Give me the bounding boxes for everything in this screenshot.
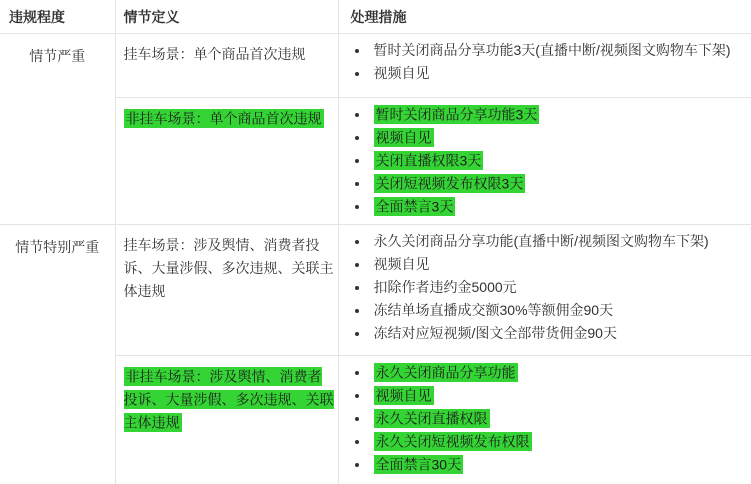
table-body: 情节严重挂车场景：单个商品首次违规暂时关闭商品分享功能3天(直播中断/视频图文购…	[0, 34, 751, 484]
measure-text: 全面禁言30天	[374, 455, 464, 474]
measures-list: 暂时关闭商品分享功能3天(直播中断/视频图文购物车下架)视频自见	[339, 39, 742, 85]
measure-text: 扣除作者违约金5000元	[374, 279, 517, 295]
severity-cell: 情节严重	[0, 34, 115, 225]
measure-text: 永久关闭商品分享功能	[374, 363, 518, 382]
measure-text: 全面禁言3天	[374, 197, 456, 216]
measure-item: 视频自见	[339, 126, 742, 149]
measure-text: 永久关闭短视频发布权限	[374, 432, 532, 451]
measure-item: 关闭直播权限3天	[339, 149, 742, 172]
measure-text: 关闭短视频发布权限3天	[374, 174, 526, 193]
measures-cell: 暂时关闭商品分享功能3天视频自见关闭直播权限3天关闭短视频发布权限3天全面禁言3…	[338, 98, 751, 225]
definition-cell: 挂车场景：涉及舆情、消费者投诉、大量涉假、多次违规、关联主体违规	[115, 225, 338, 356]
violation-rules-table: 违规程度 情节定义 处理措施 情节严重挂车场景：单个商品首次违规暂时关闭商品分享…	[0, 0, 751, 484]
measure-text: 视频自见	[374, 256, 430, 272]
definition-text: 非挂车场景：单个商品首次违规	[124, 109, 324, 128]
measure-item: 视频自见	[339, 384, 742, 407]
measure-item: 永久关闭商品分享功能(直播中断/视频图文购物车下架)	[339, 230, 742, 253]
definition-cell: 非挂车场景：单个商品首次违规	[115, 98, 338, 225]
measure-text: 视频自见	[374, 128, 434, 147]
measure-item: 全面禁言3天	[339, 195, 742, 218]
measure-item: 冻结对应短视频/图文全部带货佣金90天	[339, 322, 742, 345]
measure-item: 关闭短视频发布权限3天	[339, 172, 742, 195]
measures-list: 暂时关闭商品分享功能3天视频自见关闭直播权限3天关闭短视频发布权限3天全面禁言3…	[339, 103, 742, 218]
definition-text: 挂车场景：涉及舆情、消费者投诉、大量涉假、多次违规、关联主体违规	[124, 237, 334, 299]
measure-text: 暂时关闭商品分享功能3天	[374, 105, 540, 124]
measure-text: 永久关闭直播权限	[374, 409, 490, 428]
header-handling-measures: 处理措施	[338, 0, 751, 34]
measure-item: 永久关闭商品分享功能	[339, 361, 742, 384]
severity-cell: 情节特别严重	[0, 225, 115, 484]
measures-cell: 暂时关闭商品分享功能3天(直播中断/视频图文购物车下架)视频自见	[338, 34, 751, 98]
table-row: 情节特别严重挂车场景：涉及舆情、消费者投诉、大量涉假、多次违规、关联主体违规永久…	[0, 225, 751, 356]
measures-list: 永久关闭商品分享功能视频自见永久关闭直播权限永久关闭短视频发布权限全面禁言30天	[339, 361, 742, 476]
measures-list: 永久关闭商品分享功能(直播中断/视频图文购物车下架)视频自见扣除作者违约金500…	[339, 230, 742, 345]
measure-text: 暂时关闭商品分享功能3天(直播中断/视频图文购物车下架)	[374, 42, 731, 58]
measures-cell: 永久关闭商品分享功能视频自见永久关闭直播权限永久关闭短视频发布权限全面禁言30天	[338, 356, 751, 484]
header-violation-degree: 违规程度	[0, 0, 115, 34]
measure-text: 视频自见	[374, 65, 430, 81]
measures-cell: 永久关闭商品分享功能(直播中断/视频图文购物车下架)视频自见扣除作者违约金500…	[338, 225, 751, 356]
header-row: 违规程度 情节定义 处理措施	[0, 0, 751, 34]
measure-item: 永久关闭短视频发布权限	[339, 430, 742, 453]
measure-text: 冻结对应短视频/图文全部带货佣金90天	[374, 325, 617, 341]
measure-text: 关闭直播权限3天	[374, 151, 484, 170]
measure-text: 冻结单场直播成交额30%等额佣金90天	[374, 302, 614, 318]
measure-item: 冻结单场直播成交额30%等额佣金90天	[339, 299, 742, 322]
definition-text: 挂车场景：单个商品首次违规	[124, 46, 306, 62]
measure-text: 视频自见	[374, 386, 434, 405]
measure-item: 扣除作者违约金5000元	[339, 276, 742, 299]
table-row: 情节严重挂车场景：单个商品首次违规暂时关闭商品分享功能3天(直播中断/视频图文购…	[0, 34, 751, 98]
measure-item: 全面禁言30天	[339, 453, 742, 476]
header-circumstance-definition: 情节定义	[115, 0, 338, 34]
measure-item: 暂时关闭商品分享功能3天(直播中断/视频图文购物车下架)	[339, 39, 742, 62]
measure-item: 视频自见	[339, 253, 742, 276]
measure-text: 永久关闭商品分享功能(直播中断/视频图文购物车下架)	[374, 233, 709, 249]
definition-cell: 挂车场景：单个商品首次违规	[115, 34, 338, 98]
measure-item: 永久关闭直播权限	[339, 407, 742, 430]
measure-item: 暂时关闭商品分享功能3天	[339, 103, 742, 126]
definition-text: 非挂车场景：涉及舆情、消费者投诉、大量涉假、多次违规、关联主体违规	[124, 367, 334, 432]
definition-cell: 非挂车场景：涉及舆情、消费者投诉、大量涉假、多次违规、关联主体违规	[115, 356, 338, 484]
measure-item: 视频自见	[339, 62, 742, 85]
